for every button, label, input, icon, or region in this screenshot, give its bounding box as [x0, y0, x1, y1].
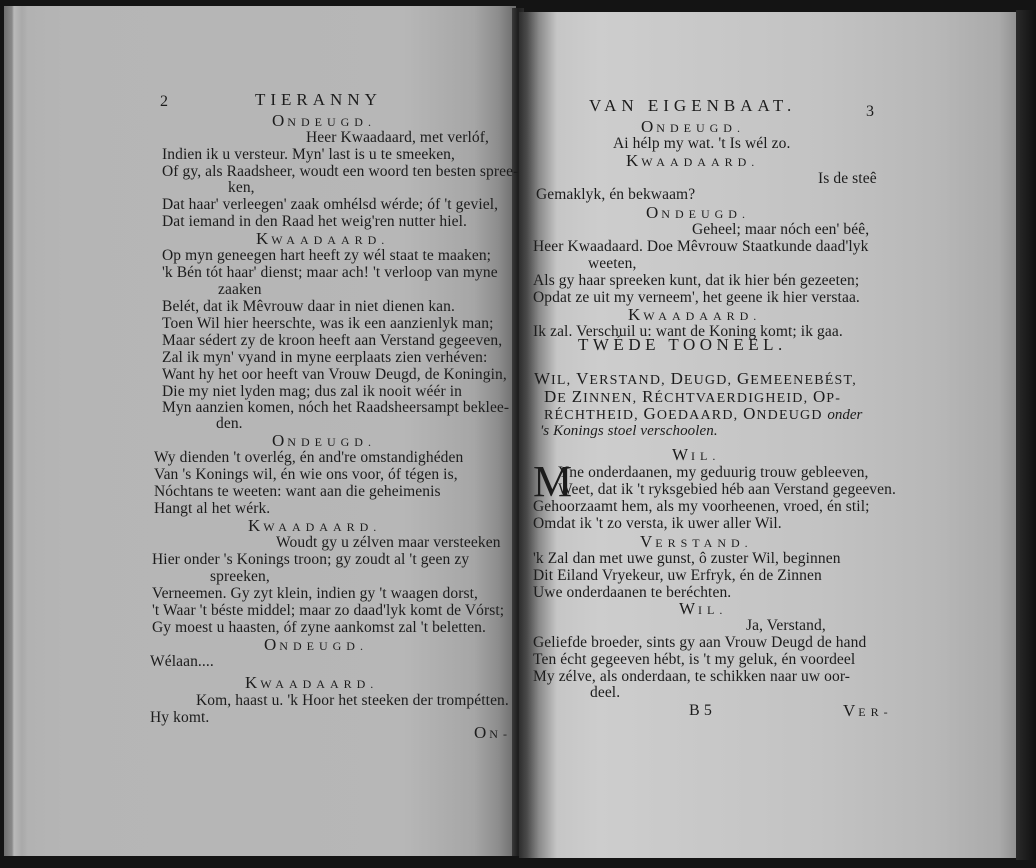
verse-line: Weet, dat ik 't ryksgebied héb aan Verst… [558, 481, 896, 499]
verse-line: Gemaklyk, én bekwaam? [536, 186, 695, 204]
verse-line: Maar sédert zy de kroon heeft aan Versta… [162, 332, 502, 350]
verse-line: Ja, Verstand, [746, 617, 826, 635]
verse-line: Want hy het oor heeft van Vrouw Deugd, d… [162, 366, 507, 384]
page-number-left: 2 [160, 93, 168, 111]
verse-line: weeten, [588, 255, 636, 273]
verse-line: Of gy, als Raadsheer, woudt een woord te… [162, 163, 518, 181]
stage-direction: 's Konings stoel verschoolen. [540, 422, 718, 440]
verse-line: Gy moest u haasten, óf zyne aankomst zal… [152, 619, 486, 637]
running-head-right: VAN EIGENBAAT. [589, 97, 796, 115]
stage-direction: onder [827, 407, 862, 423]
verse-line: Wélaan.... [150, 653, 214, 671]
verse-line: zaaken [218, 281, 262, 299]
verse-line: Hier onder 's Konings troon; gy zoudt al… [152, 551, 469, 569]
verse-line: My zélve, als onderdaan, te schikken naa… [533, 668, 850, 686]
verse-line: Indien ik u versteur. Myn' last is u te … [162, 146, 455, 164]
verse-line: Gehoorzaamt hem, als my voorheenen, vroe… [533, 498, 870, 516]
verse-line: Woudt gy u zélven maar versteeken [276, 534, 501, 552]
verse-line: Geheel; maar nóch een' béê, [692, 221, 869, 239]
verse-line: deel. [590, 684, 620, 702]
verse-line: Dat haar' verleegen' zaak omhélsd wérde;… [162, 196, 498, 214]
scene-title: TWÉDE TOONEEL. [578, 336, 787, 354]
verse-line: Dat iemand in den Raad het weig'ren nutt… [162, 213, 467, 231]
verse-line: Hy komt. [150, 709, 209, 727]
verse-line: Verneemen. Gy zyt klein, indien gy 't wa… [152, 585, 478, 603]
verse-line: Kom, haast u. 'k Hoor het steeken der tr… [196, 692, 509, 710]
speaker-heading: KWAADAARD. [626, 152, 759, 171]
verse-line: Yne onderdaanen, my geduurig trouw geble… [558, 464, 869, 482]
speaker-heading: WIL. [679, 600, 727, 619]
verse-line: Dit Eiland Vryekeur, uw Erfryk, én de Zi… [533, 567, 822, 585]
running-head-left: TIERANNY [255, 91, 382, 109]
verse-line: Als gy haar spreeken kunt, dat ik hier b… [533, 272, 859, 290]
verse-line: den. [216, 415, 243, 433]
verse-line: Heer Kwaadaard. Doe Mêvrouw Staatkunde d… [533, 238, 868, 256]
book-edge [1016, 10, 1036, 860]
verse-line: Van 's Konings wil, én wie ons voor, óf … [154, 466, 458, 484]
page-number-right: 3 [866, 103, 874, 121]
speaker-heading: KWAADAARD. [245, 674, 378, 693]
catchword-left: ON- [474, 724, 512, 743]
verse-line: Nóchtans te weeten: want aan die geheime… [154, 483, 441, 501]
verse-line: Opdat ze uit my verneem', het geene ik h… [533, 289, 860, 307]
verse-line: Myn aanzien komen, nóch het Raadsheersam… [162, 399, 509, 417]
speaker-heading: ONDEUGD. [264, 636, 368, 655]
verse-line: Wy dienden 't overlég, én and're omstand… [154, 449, 463, 467]
verse-line: Op myn geneegen hart heeft zy wél staat … [162, 247, 491, 265]
catchword-right: VER- [843, 702, 893, 721]
verse-line: spreeken, [210, 568, 270, 586]
verse-line: 'k Bén tót haar' dienst; maar ach! 't ve… [162, 264, 498, 282]
verse-line: ken, [228, 179, 255, 197]
verse-line: Ten écht gegeeven hébt, is 't my geluk, … [533, 651, 855, 669]
verse-line: Is de steê [818, 170, 877, 188]
verse-line: Belét, dat ik Mêvrouw daar in niet diene… [162, 298, 455, 316]
verse-line: Zal ik myn' vyand in myne eerplaats zien… [162, 349, 487, 367]
verse-line: Omdat ik 't zo versta, ik uwer aller Wil… [533, 515, 782, 533]
verse-line: 't Waar 't béste middel; maar zo daad'ly… [152, 602, 504, 620]
signature-mark: B 5 [689, 702, 712, 720]
speaker-heading: WIL. [672, 446, 720, 465]
verse-line: Heer Kwaadaard, met verlóf, [306, 129, 489, 147]
verse-line: Toen Wil hier heerschte, was ik een aanz… [162, 315, 494, 333]
verse-line: Geliefde broeder, sints gy aan Vrouw Deu… [533, 634, 866, 652]
verse-line: 'k Zal dan met uwe gunst, ô zuster Wil, … [533, 550, 841, 568]
